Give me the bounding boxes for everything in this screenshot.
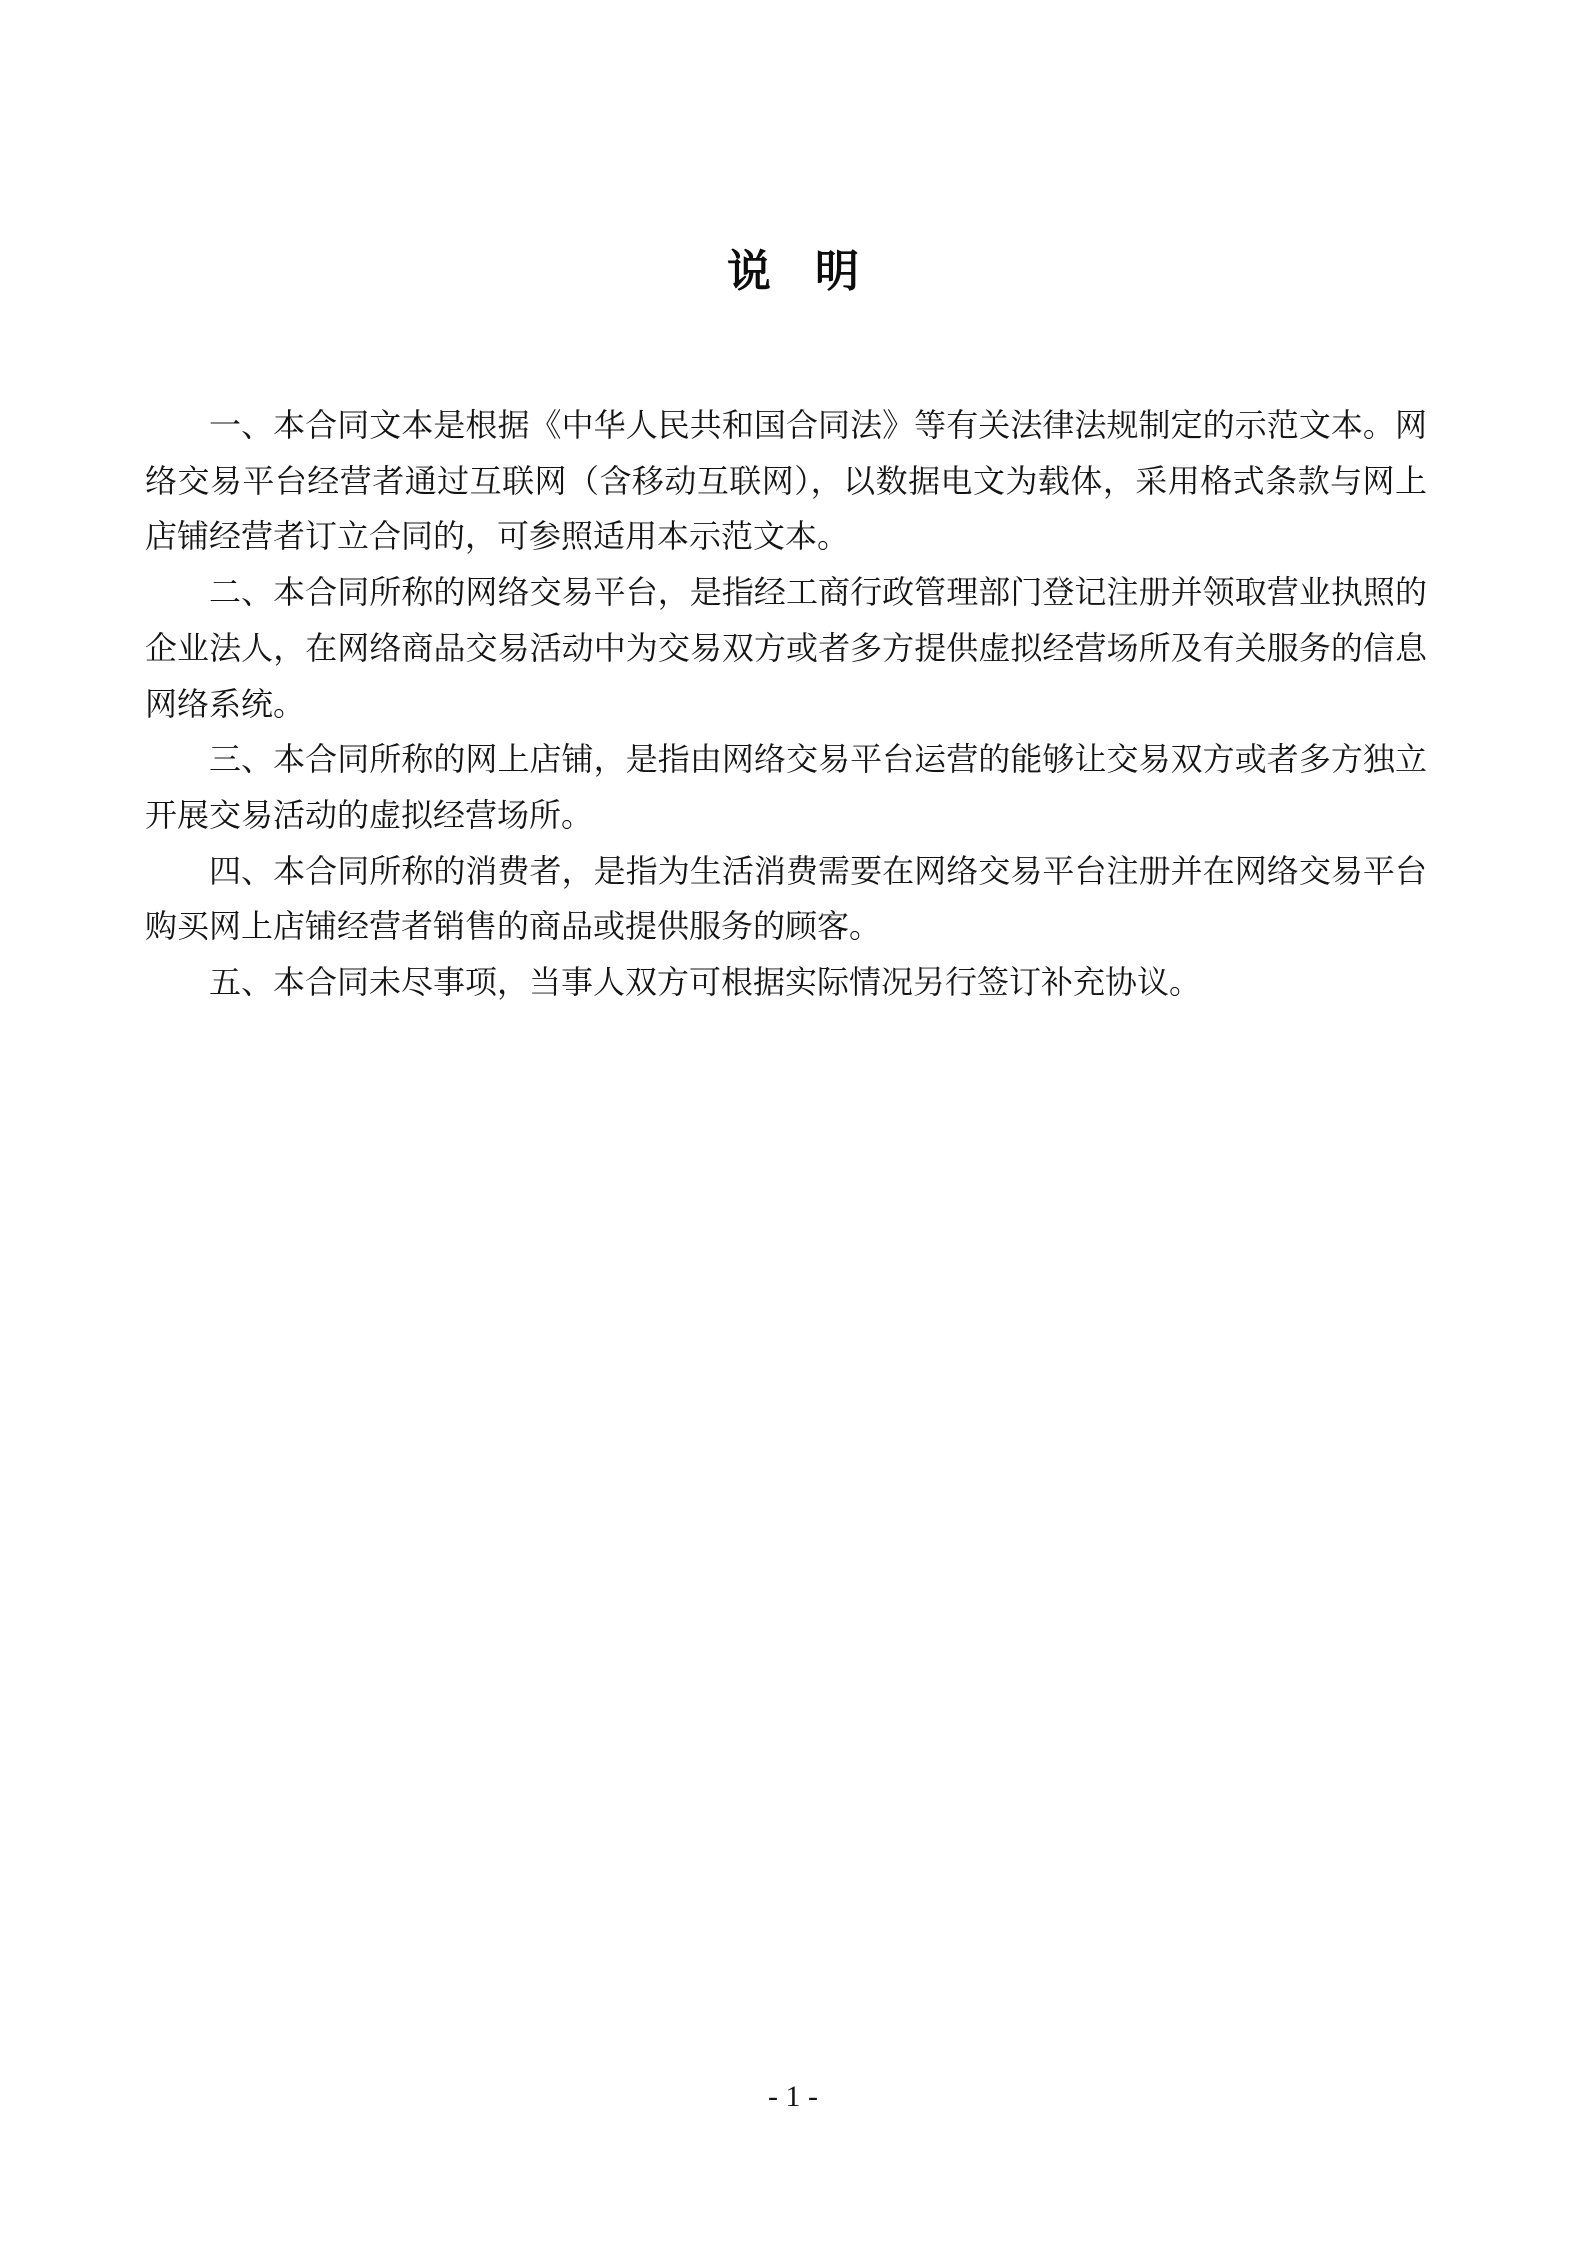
- paragraph-2: 二、本合同所称的网络交易平台，是指经工商行政管理部门登记注册并领取营业执照的企业…: [145, 565, 1427, 732]
- document-title: 说 明: [0, 246, 1586, 298]
- paragraph-5: 五、本合同未尽事项，当事人双方可根据实际情况另行签订补充协议。: [145, 955, 1427, 1011]
- paragraph-3: 三、本合同所称的网上店铺，是指由网络交易平台运营的能够让交易双方或者多方独立开展…: [145, 732, 1427, 843]
- page-number: - 1 -: [0, 2080, 1586, 2114]
- paragraph-1: 一、本合同文本是根据《中华人民共和国合同法》等有关法律法规制定的示范文本。网络交…: [145, 398, 1427, 565]
- document-page: 说 明 一、本合同文本是根据《中华人民共和国合同法》等有关法律法规制定的示范文本…: [0, 0, 1586, 2244]
- paragraph-4: 四、本合同所称的消费者，是指为生活消费需要在网络交易平台注册并在网络交易平台购买…: [145, 844, 1427, 955]
- document-body: 一、本合同文本是根据《中华人民共和国合同法》等有关法律法规制定的示范文本。网络交…: [145, 398, 1427, 1011]
